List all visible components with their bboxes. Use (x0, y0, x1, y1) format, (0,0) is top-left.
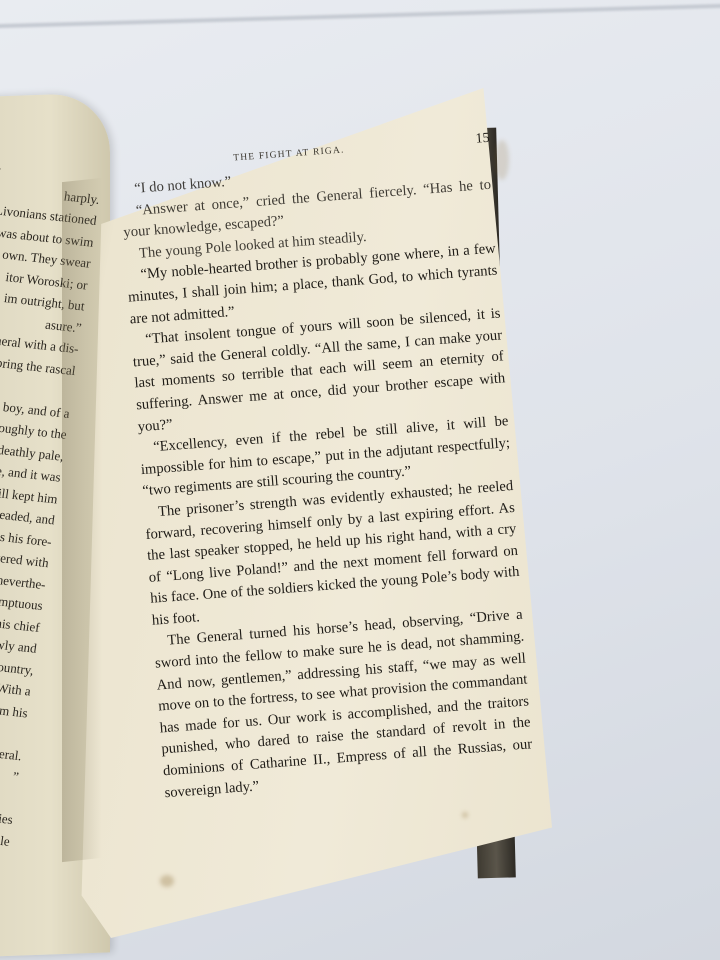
foxing-stain (495, 140, 509, 180)
gutter-shadow (62, 178, 102, 862)
right-page-text: THE FIGHT AT RIGA. 15 “I do not know.” “… (118, 131, 534, 805)
foxing-stain (462, 812, 468, 818)
page-number: 15 (475, 131, 490, 148)
paragraph: The General turned his horse’s head, obs… (153, 605, 535, 804)
foxing-stain (160, 875, 174, 887)
table-edge (0, 3, 720, 28)
running-head: THE FIGHT AT RIGA. (233, 145, 345, 163)
